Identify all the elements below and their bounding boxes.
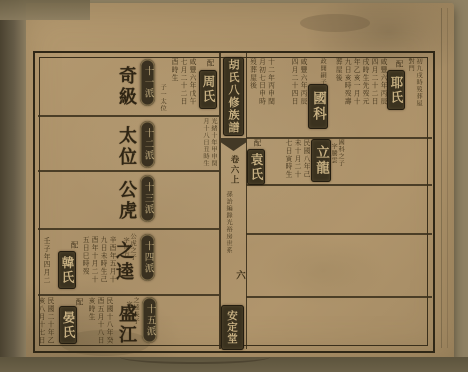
row-divider [38,115,219,117]
children-note: 子一太位 [158,84,166,114]
member-name-plate: 國科 [308,84,328,129]
member-name: 太位 [113,126,139,170]
generation-badge: 十五派 [142,297,157,343]
entry-detail-continued: 十二年丙申閏月初七日申時歿葬屋後 [248,58,275,110]
entry-detail: 壬子年四月二 [40,237,50,289]
generation-badge: 十三派 [140,175,155,222]
row-divider [246,233,432,235]
spouse-prefix: 配 [252,139,263,149]
generation-badge: 十二派 [140,121,155,168]
member-name: 公虎 [113,180,139,224]
page-number: 六 [232,270,246,284]
paper-stain [0,0,90,20]
page-edge-line [441,8,442,348]
spouse-prefix: 配 [69,241,80,251]
book-binding-edge [0,0,26,372]
volume-label: 卷六上 [228,155,240,187]
spouse-name-plate: 耶氏 [387,70,405,110]
row-divider [246,296,432,298]
entry-detail: 咸豐六年丙辰四月二十四日 [289,58,307,110]
member-name-plate: 立龍 [311,139,331,182]
compiler-note: 孫詒編錄光裕房世系 [224,191,232,255]
spouse-name-plate: 韓氏 [58,251,76,289]
entry-detail: 辛酉年五月十九日未時生己酉年十月二十五日巳時歿 [82,236,116,290]
member-name: 盛江 [113,304,139,348]
entry-detail: 民國二十年乙亥八月十七日 [38,297,54,347]
entry-detail: 光緒十年甲申閏月十八日丑時生 [201,118,217,168]
hall-mark-plate: 安定堂 [221,305,244,350]
row-divider [38,228,219,230]
spouse-prefix: 配 [394,60,405,70]
spouse-name-plate: 周氏 [199,70,217,109]
entry-detail: 民國十八年癸酉五月十八日亥時生 [95,297,113,347]
margin-note: 初九戌時歿葬屋對門 [406,58,422,112]
entry-detail: 咸豐六年戊午七月二十二日酉時生 [167,58,196,110]
generation-badge: 十四派 [140,234,155,281]
member-name: 奇級 [113,66,139,112]
book-title-plate: 胡氏八修族譜 [223,57,244,136]
relation-note: 國科之子 [336,139,344,167]
spouse-prefix: 配 [205,59,216,69]
row-divider [38,170,219,172]
spine-divider-left [219,53,221,349]
spouse-name-plate: 晏氏 [59,306,77,344]
relation-note: 政開嗣子 [318,58,326,86]
page-edge-line [447,8,448,348]
generation-badge: 十一派 [140,59,155,106]
genealogy-page-scan: 胡氏八修族譜 卷六上 孫詒編錄光裕房世系 六 安定堂 初九戌時歿葬屋對門 配 耶… [0,0,468,372]
row-divider [246,184,432,186]
entry-detail: 民國八年己未十月二十七日寅時生 [283,139,310,185]
row-divider [38,294,219,296]
spouse-name-plate: 袁氏 [247,149,265,185]
entry-detail: 咸豐六年丙辰四月二十二日戌時生先歿元年乙亥一月十九日亥時歿壽葬屋後 [333,58,387,112]
